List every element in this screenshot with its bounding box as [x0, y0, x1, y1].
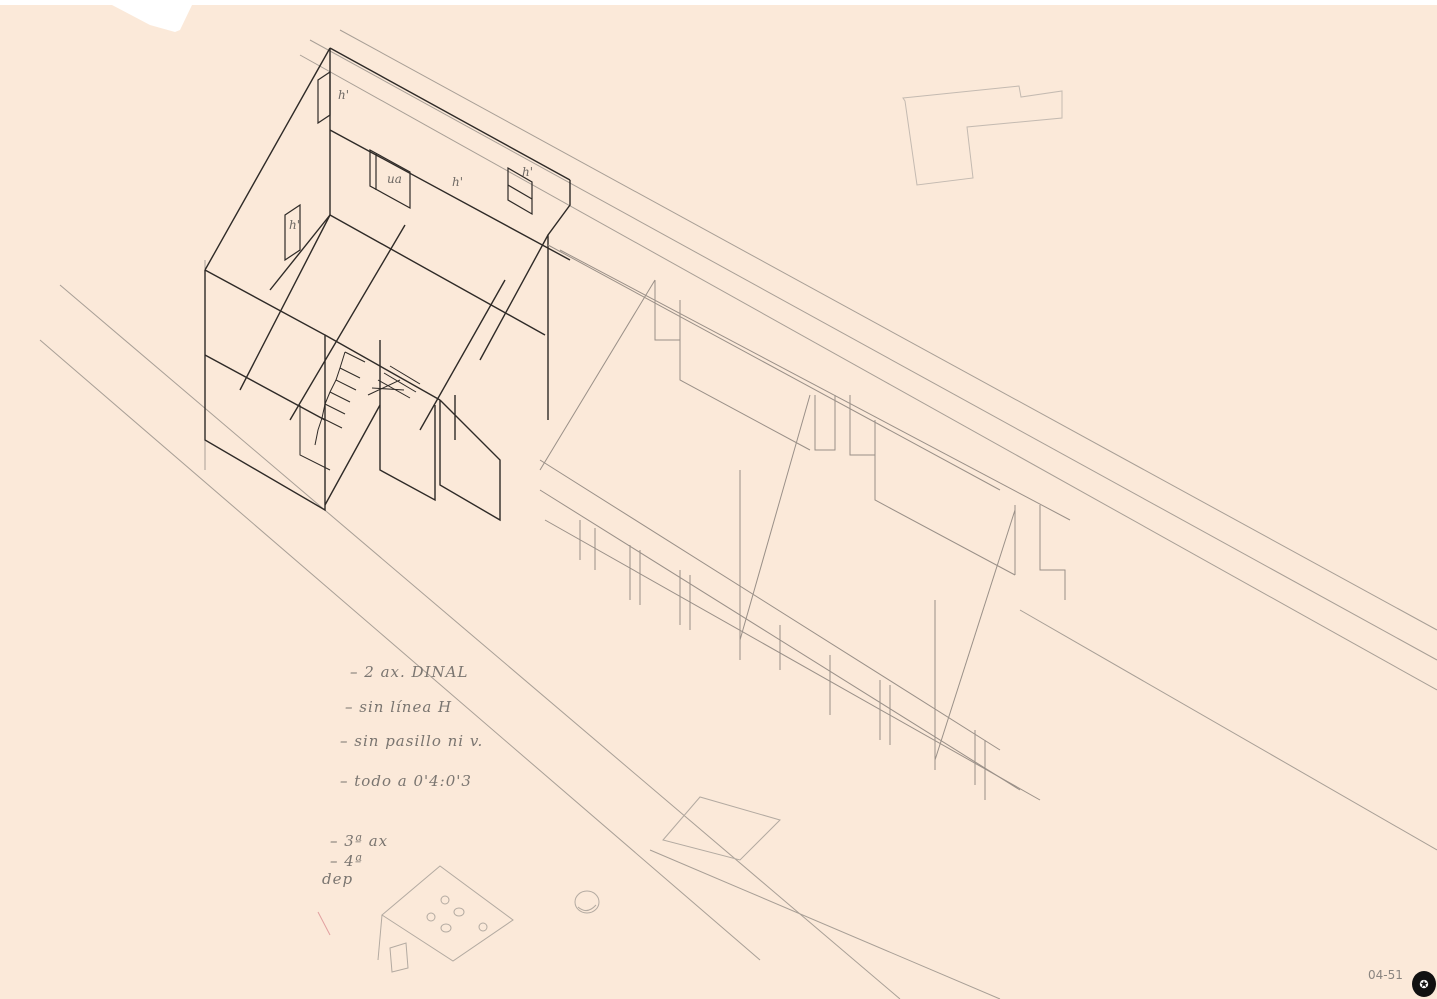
note-item: – 2 ax. DINAL — [350, 663, 468, 681]
window-label-left-bottom: h' — [289, 218, 300, 232]
drawing-sheet — [0, 0, 1437, 999]
signature: dep — [322, 870, 353, 888]
paper — [0, 5, 1437, 999]
note-item: – 3ª ax — [330, 832, 388, 850]
window-label-left-top: h' — [338, 88, 349, 102]
note-item: – 4ª — [330, 852, 363, 870]
note-item: – sin línea H — [345, 698, 452, 716]
sheet-reference: 04-51 — [1368, 968, 1403, 982]
window-label-back-left: ua — [387, 172, 402, 186]
note-item: – sin pasillo ni v. — [340, 732, 483, 750]
note-item: – todo a 0'4:0'3 — [340, 772, 472, 790]
wall-label-back-center: h' — [452, 175, 463, 189]
window-label-back-right: h' — [522, 165, 533, 179]
archive-seal-icon: ✪ — [1412, 971, 1436, 997]
